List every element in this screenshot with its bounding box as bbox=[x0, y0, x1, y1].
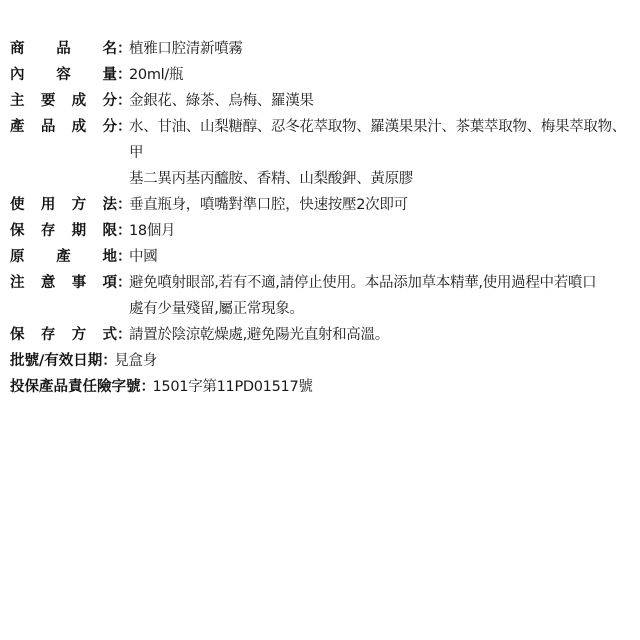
spec-label: 商 品 名 bbox=[10, 36, 117, 62]
value-line: 水、甘油、山梨糖醇、忍冬花萃取物、羅漢果果汁、茶葉萃取物、梅果萃取物、甲 bbox=[129, 114, 638, 166]
label-char: 名 bbox=[103, 36, 118, 62]
value-line: 中國 bbox=[129, 244, 638, 270]
spec-row-volume: 內 容 量 ： 20ml/瓶 bbox=[10, 62, 638, 88]
label-colon: ： bbox=[102, 348, 114, 374]
label-char: 品 bbox=[41, 114, 56, 140]
value-line: 1501字第11PD01517號 bbox=[153, 374, 639, 400]
value-line: 20ml/瓶 bbox=[129, 62, 638, 88]
label-char: 保 bbox=[10, 322, 25, 348]
spec-value: 中國 bbox=[129, 244, 638, 270]
value-line: 請置於陰涼乾燥處,避免陽光直射和高溫。 bbox=[129, 322, 638, 348]
label-char: 地 bbox=[103, 244, 118, 270]
label-char: 意 bbox=[41, 270, 56, 296]
spec-label: 批號/有效日期 bbox=[10, 348, 102, 374]
label-colon: ： bbox=[117, 322, 129, 348]
spec-row-storage: 保 存 方 式 ： 請置於陰涼乾燥處,避免陽光直射和高溫。 bbox=[10, 322, 638, 348]
value-line: 避免噴射眼部,若有不適,請停止使用。本品添加草本精華,使用過程中若噴口 bbox=[129, 270, 638, 296]
spec-value: 金銀花、綠茶、烏梅、羅漢果 bbox=[129, 88, 638, 114]
spec-value: 避免噴射眼部,若有不適,請停止使用。本品添加草本精華,使用過程中若噴口 處有少量… bbox=[129, 270, 638, 322]
label-char: 使 bbox=[10, 192, 25, 218]
label-char: 項 bbox=[102, 270, 117, 296]
spec-row-full-ingredients: 產 品 成 分 ： 水、甘油、山梨糖醇、忍冬花萃取物、羅漢果果汁、茶葉萃取物、梅… bbox=[10, 114, 638, 192]
label-colon: ： bbox=[117, 36, 129, 62]
spec-row-usage: 使 用 方 法 ： 垂直瓶身，噴嘴對準口腔，快速按壓2次即可 bbox=[10, 192, 638, 218]
spec-value: 18個月 bbox=[129, 218, 638, 244]
label-colon: ： bbox=[117, 114, 129, 140]
label-char: 注 bbox=[10, 270, 25, 296]
spec-row-batch-expiry: 批號/有效日期 ： 見盒身 bbox=[10, 348, 638, 374]
value-line: 基二異丙基丙醯胺、香精、山梨酸鉀、黃原膠 bbox=[129, 166, 638, 192]
value-line: 金銀花、綠茶、烏梅、羅漢果 bbox=[129, 88, 638, 114]
label-colon: ： bbox=[117, 244, 129, 270]
label-char: 存 bbox=[41, 322, 56, 348]
label-char: 商 bbox=[10, 36, 25, 62]
spec-row-shelf-life: 保 存 期 限 ： 18個月 bbox=[10, 218, 638, 244]
label-char: 成 bbox=[72, 114, 87, 140]
spec-row-product-name: 商 品 名 ： 植雅口腔清新噴霧 bbox=[10, 36, 638, 62]
spec-label: 保 存 方 式 bbox=[10, 322, 117, 348]
spec-label: 主 要 成 分 bbox=[10, 88, 117, 114]
spec-value: 請置於陰涼乾燥處,避免陽光直射和高溫。 bbox=[129, 322, 638, 348]
spec-label: 產 品 成 分 bbox=[10, 114, 117, 140]
label-char: 成 bbox=[72, 88, 87, 114]
spec-label: 保 存 期 限 bbox=[10, 218, 117, 244]
spec-value: 水、甘油、山梨糖醇、忍冬花萃取物、羅漢果果汁、茶葉萃取物、梅果萃取物、甲 基二異… bbox=[129, 114, 638, 192]
label-char: 量 bbox=[103, 62, 118, 88]
value-line: 處有少量殘留,屬正常現象。 bbox=[129, 296, 638, 322]
value-line: 見盒身 bbox=[114, 348, 638, 374]
spec-value: 見盒身 bbox=[114, 348, 638, 374]
label-colon: ： bbox=[117, 218, 129, 244]
label-char: 產 bbox=[56, 244, 71, 270]
label-char: 內 bbox=[10, 62, 25, 88]
label-char: 方 bbox=[72, 322, 87, 348]
label-colon: ： bbox=[117, 62, 129, 88]
value-line: 植雅口腔清新噴霧 bbox=[129, 36, 638, 62]
label-char: 保 bbox=[10, 218, 25, 244]
label-colon: ： bbox=[117, 270, 129, 296]
label-colon: ： bbox=[117, 192, 129, 218]
spec-label: 注 意 事 項 bbox=[10, 270, 117, 296]
label-char: 品 bbox=[56, 36, 71, 62]
label-char: 事 bbox=[72, 270, 87, 296]
label-char: 存 bbox=[41, 218, 56, 244]
value-line: 垂直瓶身，噴嘴對準口腔，快速按壓2次即可 bbox=[129, 192, 638, 218]
label-colon: ： bbox=[117, 88, 129, 114]
label-char: 主 bbox=[10, 88, 25, 114]
label-char: 原 bbox=[10, 244, 25, 270]
label-colon: ： bbox=[141, 374, 153, 400]
spec-row-main-ingredients: 主 要 成 分 ： 金銀花、綠茶、烏梅、羅漢果 bbox=[10, 88, 638, 114]
label-char: 容 bbox=[56, 62, 71, 88]
value-line: 18個月 bbox=[129, 218, 638, 244]
label-char: 產 bbox=[10, 114, 25, 140]
spec-row-liability-insurance: 投保產品責任險字號 ： 1501字第11PD01517號 bbox=[10, 374, 638, 400]
spec-row-precautions: 注 意 事 項 ： 避免噴射眼部,若有不適,請停止使用。本品添加草本精華,使用過… bbox=[10, 270, 638, 322]
label-char: 限 bbox=[102, 218, 117, 244]
product-spec-table: 商 品 名 ： 植雅口腔清新噴霧 內 容 量 ： 20ml/瓶 主 要 成 分 … bbox=[10, 36, 638, 400]
label-char: 式 bbox=[102, 322, 117, 348]
spec-value: 垂直瓶身，噴嘴對準口腔，快速按壓2次即可 bbox=[129, 192, 638, 218]
label-char: 期 bbox=[72, 218, 87, 244]
label-char: 分 bbox=[102, 114, 117, 140]
label-char: 分 bbox=[102, 88, 117, 114]
spec-label: 原 產 地 bbox=[10, 244, 117, 270]
spec-label: 使 用 方 法 bbox=[10, 192, 117, 218]
label-char: 用 bbox=[41, 192, 56, 218]
label-char: 方 bbox=[72, 192, 87, 218]
label-char: 法 bbox=[102, 192, 117, 218]
spec-value: 1501字第11PD01517號 bbox=[153, 374, 639, 400]
label-char: 要 bbox=[41, 88, 56, 114]
spec-label: 內 容 量 bbox=[10, 62, 117, 88]
spec-label: 投保產品責任險字號 bbox=[10, 374, 141, 400]
spec-value: 20ml/瓶 bbox=[129, 62, 638, 88]
spec-row-origin: 原 產 地 ： 中國 bbox=[10, 244, 638, 270]
spec-value: 植雅口腔清新噴霧 bbox=[129, 36, 638, 62]
